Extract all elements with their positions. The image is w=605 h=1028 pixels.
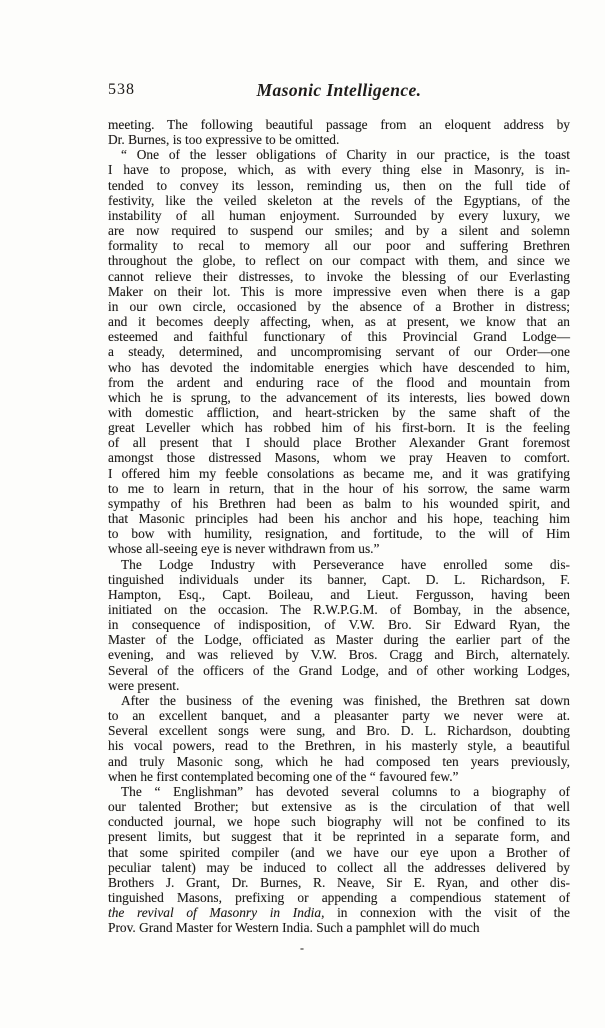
text-line: tinguished individuals under its banner,… (108, 572, 570, 587)
text-line: meeting. The following beautiful passage… (108, 117, 570, 132)
text-line: I offered him my feeble consolations as … (108, 466, 570, 481)
text-line: Several of the officers of the Grand Lod… (108, 663, 570, 678)
text-line: to me to learn in return, that in the ho… (108, 481, 570, 496)
text-line: Several excellent songs were sung, and B… (108, 723, 570, 738)
text-line: and truly Masonic song, which he had com… (108, 754, 570, 769)
text-line: Prov. Grand Master for Western India. Su… (108, 920, 570, 935)
paragraph: The Lodge Industry with Perseverance hav… (108, 557, 570, 693)
text-line: peculiar talent) may be induced to colle… (108, 860, 570, 875)
running-title: Masonic Intelligence. (108, 80, 570, 101)
page-header: 538 Masonic Intelligence. (108, 80, 570, 102)
text-line: which he is sprung, to the advancement o… (108, 390, 570, 405)
text-line: After the business of the evening was fi… (108, 693, 570, 708)
text-line: were present. (108, 678, 570, 693)
text-line: are now required to suspend our smiles; … (108, 223, 570, 238)
text-line: throughout the globe, to reflect on our … (108, 253, 570, 268)
text-line: tended to convey its lesson, reminding u… (108, 178, 570, 193)
text-line: who has devoted the indomitable energies… (108, 360, 570, 375)
paragraph: “ One of the lesser obligations of Chari… (108, 147, 570, 556)
text-line: The Lodge Industry with Perseverance hav… (108, 557, 570, 572)
text-line: Hampton, Esq., Capt. Boileau, and Lieut.… (108, 587, 570, 602)
text-line: festivity, like the veiled skeleton at t… (108, 193, 570, 208)
text-line: his vocal powers, read to the Brethren, … (108, 738, 570, 753)
text-line: Maker on their lot. This is more impress… (108, 284, 570, 299)
text-block: meeting. The following beautiful passage… (108, 117, 570, 935)
paragraph: After the business of the evening was fi… (108, 693, 570, 784)
text-line: tinguished Masons, prefixing or appendin… (108, 890, 570, 905)
text-line: esteemed and faithful functionary of thi… (108, 329, 570, 344)
text-line: sympathy of his Brethren had been as bal… (108, 496, 570, 511)
text-line: amongst those distressed Masons, whom we… (108, 450, 570, 465)
text-line: present limits, but suggest that it be r… (108, 829, 570, 844)
text-line: the revival of Masonry in India, in conn… (108, 905, 570, 920)
text-line: from the ardent and enduring race of the… (108, 375, 570, 390)
text-line: of all present that I should place Broth… (108, 435, 570, 450)
paragraph: meeting. The following beautiful passage… (108, 117, 570, 147)
text-line: in consequence of indisposition, of V.W.… (108, 617, 570, 632)
italic-text: the revival of Masonry in India (108, 905, 321, 920)
text-line: that some spirited compiler (and we have… (108, 845, 570, 860)
text-line: Master of the Lodge, officiated as Maste… (108, 632, 570, 647)
text-line: “ One of the lesser obligations of Chari… (108, 147, 570, 162)
text-segment: , in connexion with the visit of the (321, 905, 570, 920)
text-line: Dr. Burnes, is too expressive to be omit… (108, 132, 570, 147)
text-line: Brothers J. Grant, Dr. Burnes, R. Neave,… (108, 875, 570, 890)
text-line: our talented Brother; but extensive as i… (108, 799, 570, 814)
text-line: I have to propose, which, as with every … (108, 162, 570, 177)
text-line: that Masonic principles had been his anc… (108, 511, 570, 526)
text-line: and it becomes deeply affecting, when, a… (108, 314, 570, 329)
text-line: formality to recal to memory all our poo… (108, 238, 570, 253)
text-line: conducted journal, we hope such biograph… (108, 814, 570, 829)
text-line: instability of all human enjoyment. Surr… (108, 208, 570, 223)
text-line: great Leveller which has robbed him of h… (108, 420, 570, 435)
text-line: initiated on the occasion. The R.W.P.G.M… (108, 602, 570, 617)
text-line: a steady, determined, and uncompromising… (108, 344, 570, 359)
text-line: whose all-seeing eye is never withdrawn … (108, 541, 570, 556)
text-line: cannot relieve their distresses, to invo… (108, 269, 570, 284)
text-line: with domestic affliction, and heart-stri… (108, 405, 570, 420)
text-line: evening, and was relieved by V.W. Bros. … (108, 647, 570, 662)
text-line: in our own circle, occasioned by the abs… (108, 299, 570, 314)
footer-mark: - (300, 941, 304, 956)
scanned-page: 538 Masonic Intelligence. meeting. The f… (0, 0, 605, 1028)
paragraph: The “ Englishman” has devoted several co… (108, 784, 570, 936)
text-line: when he first contemplated becoming one … (108, 769, 570, 784)
text-line: The “ Englishman” has devoted several co… (108, 784, 570, 799)
text-line: to bow with humility, resignation, and f… (108, 526, 570, 541)
text-line: to an excellent banquet, and a pleasante… (108, 708, 570, 723)
